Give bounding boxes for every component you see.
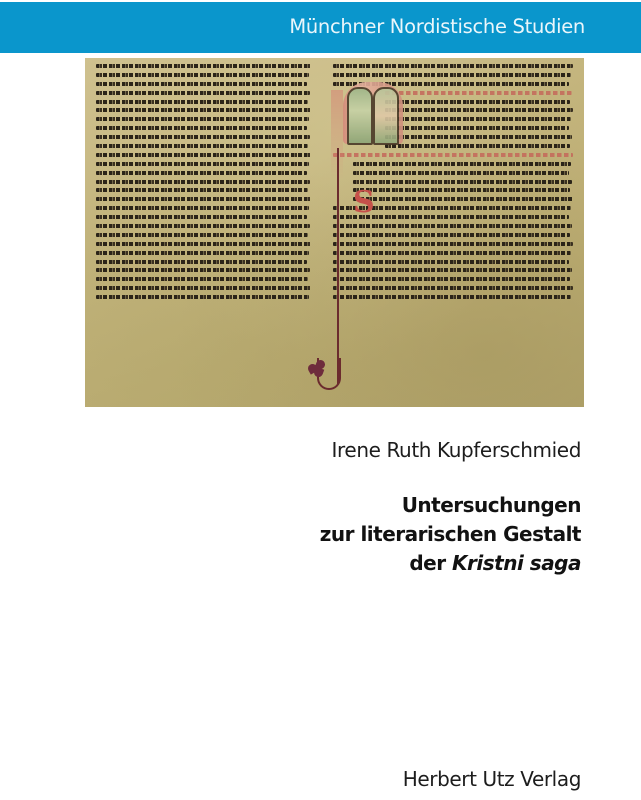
manuscript-text-line — [96, 73, 309, 77]
series-title: Münchner Nordistische Studien — [289, 15, 585, 38]
manuscript-text-line — [96, 180, 310, 184]
manuscript-text-line — [96, 171, 307, 175]
manuscript-text-line — [353, 188, 570, 192]
leaf-ornament-icon — [308, 360, 328, 376]
author-name: Irene Ruth Kupferschmied — [332, 438, 581, 462]
title-line-1: Untersuchungen — [320, 491, 581, 520]
manuscript-text-line — [96, 242, 311, 246]
manuscript-text-line — [96, 286, 311, 290]
red-initial-s-icon: S — [353, 188, 375, 218]
manuscript-text-line — [333, 277, 570, 281]
manuscript-left-column — [96, 64, 311, 324]
title-line-2: zur literarischen Gestalt — [320, 520, 581, 549]
manuscript-text-line — [333, 295, 571, 299]
manuscript-text-line — [96, 224, 310, 228]
manuscript-text-line — [353, 162, 571, 166]
manuscript-text-line — [385, 144, 570, 148]
manuscript-text-line — [333, 286, 573, 290]
initial-stem-ornament — [337, 148, 339, 384]
manuscript-text-line — [385, 100, 570, 104]
manuscript-cover-image: S — [85, 58, 584, 407]
title-line-3-prefix: der — [409, 551, 452, 575]
manuscript-text-line — [96, 251, 309, 255]
manuscript-text-line — [353, 197, 573, 201]
manuscript-text-line — [333, 260, 569, 264]
manuscript-text-line — [96, 206, 309, 210]
manuscript-text-line — [353, 171, 569, 175]
manuscript-text-line — [96, 144, 308, 148]
book-title: Untersuchungen zur literarischen Gestalt… — [320, 491, 581, 578]
manuscript-text-line — [96, 153, 311, 157]
manuscript-text-line — [333, 233, 570, 237]
manuscript-text-line — [385, 91, 572, 95]
manuscript-text-line — [96, 295, 309, 299]
manuscript-text-line — [96, 91, 310, 95]
manuscript-text-line — [333, 251, 571, 255]
manuscript-text-line — [333, 224, 572, 228]
manuscript-text-line — [96, 188, 308, 192]
manuscript-text-line — [96, 197, 311, 201]
manuscript-text-line — [96, 277, 308, 281]
publisher-name: Herbert Utz Verlag — [403, 767, 581, 791]
manuscript-text-line — [333, 64, 573, 68]
manuscript-text-line — [96, 126, 307, 130]
manuscript-text-line — [96, 64, 311, 68]
manuscript-text-line — [385, 126, 569, 130]
series-banner: Münchner Nordistische Studien — [0, 2, 641, 53]
manuscript-text-line — [96, 82, 307, 86]
manuscript-text-line — [333, 73, 571, 77]
manuscript-text-line — [96, 162, 309, 166]
manuscript-text-line — [96, 135, 310, 139]
manuscript-text-line — [333, 268, 572, 272]
manuscript-text-line — [385, 108, 573, 112]
manuscript-text-line — [96, 117, 309, 121]
manuscript-text-line — [96, 108, 311, 112]
manuscript-text-line — [333, 242, 573, 246]
manuscript-text-line — [96, 215, 307, 219]
manuscript-text-line — [333, 153, 573, 157]
manuscript-text-line — [96, 233, 308, 237]
manuscript-text-line — [353, 180, 572, 184]
manuscript-text-line — [96, 260, 307, 264]
title-line-3: der Kristni saga — [320, 549, 581, 578]
manuscript-text-line — [96, 100, 308, 104]
manuscript-text-line — [385, 135, 572, 139]
manuscript-text-line — [385, 117, 571, 121]
manuscript-text-line — [96, 268, 310, 272]
title-italic-saga: Kristni saga — [452, 551, 581, 575]
illuminated-initial-m-icon — [343, 82, 403, 144]
